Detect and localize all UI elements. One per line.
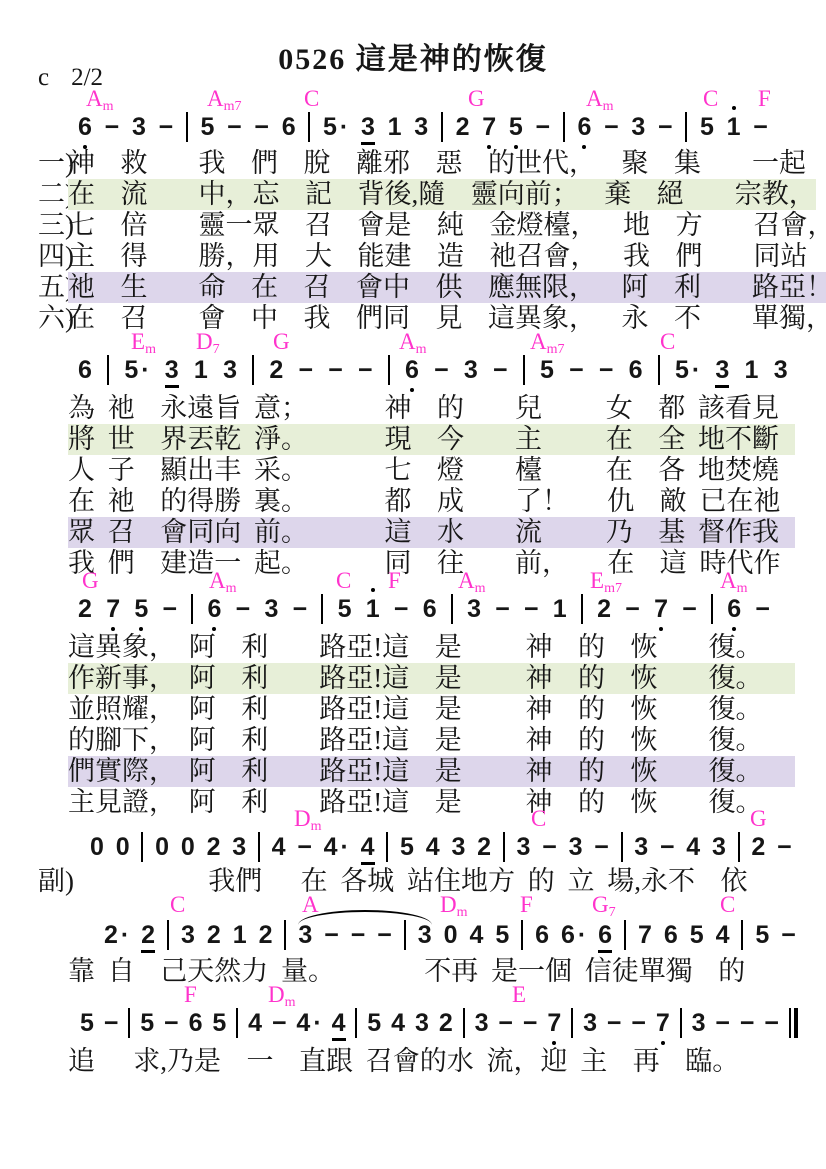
rest-note: 0 <box>181 832 195 862</box>
barline <box>521 920 523 950</box>
barline <box>308 112 310 142</box>
lyric-text: 人 子 顯出丰 采。 七 燈 檯 在 各 地焚燒 <box>68 455 779 486</box>
dash-extension: − <box>236 594 251 624</box>
note: 3 <box>475 1008 489 1038</box>
dash-extension: − <box>631 1008 646 1038</box>
note: 4 <box>332 1008 346 1041</box>
augmentation-dot: · <box>692 356 700 384</box>
barline <box>258 832 260 862</box>
dash-extension: − <box>297 832 312 862</box>
note: 5 <box>509 112 523 142</box>
barline <box>128 1008 130 1038</box>
note: 3 <box>569 832 583 862</box>
note: 6 <box>423 594 437 624</box>
barline <box>711 594 713 624</box>
note: 3 <box>361 112 375 145</box>
note: 5 <box>134 594 148 624</box>
note: 5 <box>495 920 509 950</box>
dash-extension: − <box>227 112 242 142</box>
note: 6 <box>664 920 678 950</box>
dash-extension: − <box>764 1008 779 1038</box>
note: 3 <box>583 1008 597 1038</box>
note: 1 <box>233 920 247 950</box>
notation-line-2: 65·3132−−−6−3−5−−65·313 <box>78 355 788 385</box>
dash-extension: − <box>755 594 770 624</box>
note: 3 <box>223 355 237 385</box>
augmentation-dot: · <box>141 356 149 384</box>
note: 5 <box>540 355 554 385</box>
chord-label: C <box>170 894 185 916</box>
lyric-text: 眾 召 會同向 前。 這 水 流 乃 基 督作我 <box>68 517 795 548</box>
barline <box>191 594 193 624</box>
barline <box>738 832 740 862</box>
rest-note: 0 <box>444 920 458 950</box>
note: 3 <box>232 832 246 862</box>
barline <box>621 832 623 862</box>
dash-extension: − <box>535 112 550 142</box>
note: 2 <box>207 832 221 862</box>
dash-extension: − <box>715 1008 730 1038</box>
rest-note: 0 <box>90 832 104 862</box>
note: 4 <box>686 832 700 862</box>
dash-extension: − <box>658 112 673 142</box>
chord-label: C <box>660 331 675 353</box>
barline <box>388 355 390 385</box>
note: 5· <box>124 355 149 385</box>
dash-extension: − <box>524 594 539 624</box>
note: 3 <box>181 920 195 950</box>
barline <box>685 112 687 142</box>
note: 5 <box>201 112 215 142</box>
note: 3 <box>634 832 648 862</box>
lyric-text: 們實際， 阿 利 路亞!這 是 神 的 恢 復。 <box>68 756 795 787</box>
note: 6 <box>189 1008 203 1038</box>
note: 6 <box>78 112 92 142</box>
note: 3 <box>165 355 179 388</box>
lyric-text: 追 求,乃是 一 直跟 召會的水 流，迎 主 再 臨。 <box>68 1046 739 1077</box>
final-barline <box>789 1008 798 1038</box>
note: 2 <box>456 112 470 142</box>
dash-extension: − <box>569 355 584 385</box>
barline <box>658 355 660 385</box>
dash-extension: − <box>293 594 308 624</box>
augmentation-dot: · <box>578 921 586 949</box>
lyric-text: 作新事， 阿 利 路亞!這 是 神 的 恢 復。 <box>68 663 795 694</box>
chord-label: G <box>82 570 99 592</box>
chord-label: A <box>302 894 319 916</box>
dash-extension: − <box>607 1008 622 1038</box>
barline <box>523 355 525 385</box>
dash-extension: − <box>254 112 269 142</box>
note: 3 <box>631 112 645 142</box>
rest-note: 0 <box>116 832 130 862</box>
note: 1 <box>366 594 380 624</box>
note: 2 <box>597 594 611 624</box>
note: 7 <box>656 1008 670 1038</box>
chord-label: G <box>273 331 290 353</box>
barline <box>563 112 565 142</box>
dash-extension: − <box>104 1008 119 1038</box>
notation-line-6: 5−5−654−4·454323−−73−−73−−− <box>80 1008 798 1038</box>
lyric-text: 並照耀， 阿 利 路亞!這 是 神 的 恢 復。 <box>68 694 763 725</box>
note: 6 <box>207 594 221 624</box>
dash-extension: − <box>660 832 675 862</box>
dash-extension: − <box>272 1008 287 1038</box>
barline <box>141 832 143 862</box>
barline <box>463 1008 465 1038</box>
lyric-text: 為 祂 永遠旨 意； 神 的 兒 女 都 該看見 <box>68 393 779 424</box>
note: 6 <box>577 112 591 142</box>
augmentation-dot: · <box>121 921 129 949</box>
note: 6 <box>78 355 92 385</box>
note: 4 <box>469 920 483 950</box>
notation-line-3: 275−6−3−51−63−−12−7−6− <box>78 594 770 624</box>
note: 2· <box>104 920 129 950</box>
note: 3 <box>415 1008 429 1038</box>
barline <box>236 1008 238 1038</box>
note: 2 <box>269 355 283 385</box>
note: 2 <box>259 920 273 950</box>
augmentation-dot: · <box>341 833 349 861</box>
note: 6 <box>535 920 549 950</box>
chord-line-1: AmAm7CGAmCF <box>0 88 826 112</box>
dash-extension: − <box>542 832 557 862</box>
augmentation-dot: · <box>340 113 348 141</box>
note: 7 <box>106 594 120 624</box>
notation-line-4: 0000234−4·454323−3−3−432− <box>90 832 792 862</box>
note: 7 <box>638 920 652 950</box>
note: 4· <box>296 1008 321 1038</box>
note: 5 <box>690 920 704 950</box>
note: 4· <box>324 832 349 862</box>
barline <box>581 594 583 624</box>
note: 2 <box>751 832 765 862</box>
note: 4 <box>391 1008 405 1038</box>
note: 3 <box>451 832 465 862</box>
note: 2 <box>207 920 221 950</box>
lyric-text: 在 祂 的得勝 裏。 都 成 了！ 仇 敵 已在祂 <box>68 486 781 517</box>
note: 1 <box>553 594 567 624</box>
chord-line-3: GAmCFAmEm7Am <box>0 570 826 594</box>
note: 4 <box>716 920 730 950</box>
dash-extension: − <box>682 594 697 624</box>
note: 6· <box>561 920 586 950</box>
barline <box>451 594 453 624</box>
note: 6 <box>727 594 741 624</box>
chord-label: E <box>512 984 526 1006</box>
chord-label: F <box>758 88 771 110</box>
rest-note: 0 <box>155 832 169 862</box>
notation-line-1: 6−3−5−−65·313275−6−3−51− <box>78 112 768 142</box>
note: 4 <box>248 1008 262 1038</box>
lyric-text: 靠 自 己天然力 量。 不再 是一個 信徒單獨 的 <box>68 956 745 987</box>
dash-extension: − <box>493 355 508 385</box>
chord-label: F <box>184 984 197 1006</box>
barline <box>571 1008 573 1038</box>
dash-extension: − <box>163 594 178 624</box>
note: 4 <box>426 832 440 862</box>
dash-extension: − <box>740 1008 755 1038</box>
dash-extension: − <box>594 832 609 862</box>
note: 5· <box>675 355 700 385</box>
note: 5 <box>367 1008 381 1038</box>
dash-extension: − <box>495 594 510 624</box>
lyric-text: 主 得 勝，用 大 能建 造 祂召會， 我 們 同站 <box>68 241 808 272</box>
barline <box>441 112 443 142</box>
dash-extension: − <box>298 355 313 385</box>
dash-extension: − <box>781 920 796 950</box>
note: 3 <box>715 355 729 388</box>
lyric-text: 祂 生 命 在 召 會中 供 應無限， 阿 利 路亞！ <box>68 272 826 303</box>
dash-extension: − <box>599 355 614 385</box>
note: 6 <box>629 355 643 385</box>
lyric-text: 這異象， 阿 利 路亞!這 是 神 的 恢 復。 <box>68 632 763 663</box>
hymn-sheet: 0526 這是神的恢復 c2/2 AmAm7CGAmCF6−3−5−−65·31… <box>0 0 826 1169</box>
dash-extension: − <box>394 594 409 624</box>
dash-extension: − <box>434 355 449 385</box>
chord-suffix: 7 <box>609 905 616 920</box>
note: 3 <box>264 594 278 624</box>
note: 5 <box>700 112 714 142</box>
note: 1 <box>388 112 402 142</box>
barline <box>624 920 626 950</box>
note: 6 <box>405 355 419 385</box>
dash-extension: − <box>777 832 792 862</box>
note: 3 <box>692 1008 706 1038</box>
barline <box>680 1008 682 1038</box>
dash-extension: − <box>625 594 640 624</box>
dash-extension: − <box>105 112 120 142</box>
chord-label: C <box>703 88 718 110</box>
chord-label: F <box>388 570 401 592</box>
note: 3 <box>464 355 478 385</box>
key-signature: c <box>38 64 49 91</box>
barline <box>284 920 286 950</box>
chord-label: G <box>468 88 485 110</box>
note: 6 <box>598 920 612 953</box>
lyric-text: 七 倍 靈一眾 召 會是 純 金燈檯， 地 方 召會， <box>68 210 826 241</box>
barline <box>107 355 109 385</box>
lyric-text: 將 世 界丟乾 淨。 現 今 主 在 全 地不斷 <box>68 424 795 455</box>
chord-line-2: EmD7GAmAm7C <box>0 331 826 355</box>
note: 3 <box>467 594 481 624</box>
note: 1 <box>727 112 741 142</box>
note: 5 <box>80 1008 94 1038</box>
chord-line-6: FDmE <box>0 984 826 1008</box>
note: 7 <box>547 1008 561 1038</box>
note: 5 <box>140 1008 154 1038</box>
note: 2 <box>78 594 92 624</box>
chord-line-4: DmCG <box>0 808 826 832</box>
barline <box>503 832 505 862</box>
dash-extension: − <box>753 112 768 142</box>
barline <box>167 920 169 950</box>
note: 1 <box>744 355 758 385</box>
note: 6 <box>282 112 296 142</box>
note: 1 <box>194 355 208 385</box>
chord-label: C <box>336 570 351 592</box>
note: 5 <box>755 920 769 950</box>
note: 5· <box>323 112 348 142</box>
barline <box>741 920 743 950</box>
lyric-text: 神 救 我 們 脫 離邪 惡 的世代， 聚 集 一起 <box>68 148 806 179</box>
barline <box>355 1008 357 1038</box>
chord-label: F <box>520 894 533 916</box>
notation-line-5: 2·232123−−−304566·676545− <box>104 920 796 950</box>
chord-suffix: m <box>457 905 468 920</box>
dash-extension: − <box>498 1008 513 1038</box>
note: 4 <box>361 832 375 865</box>
note: 2 <box>477 832 491 862</box>
chord-label: C <box>720 894 735 916</box>
note: 3 <box>712 832 726 862</box>
dash-extension: − <box>159 112 174 142</box>
chord-label: C <box>531 808 546 830</box>
note: 7 <box>654 594 668 624</box>
chord-label: G <box>750 808 767 830</box>
augmentation-dot: · <box>313 1009 321 1037</box>
note: 3 <box>774 355 788 385</box>
note: 7 <box>482 112 496 142</box>
note: 3 <box>414 112 428 142</box>
hymn-title: 0526 這是神的恢復 <box>0 34 826 78</box>
note: 2 <box>439 1008 453 1038</box>
note: 3 <box>132 112 146 142</box>
dash-extension: − <box>164 1008 179 1038</box>
note: 5 <box>338 594 352 624</box>
barline <box>321 594 323 624</box>
dash-extension: − <box>358 355 373 385</box>
dash-extension: − <box>523 1008 538 1038</box>
barline <box>186 112 188 142</box>
note: 5 <box>400 832 414 862</box>
note: 2 <box>141 920 155 953</box>
note: 5 <box>212 1008 226 1038</box>
chord-label: C <box>304 88 319 110</box>
note: 4 <box>272 832 286 862</box>
barline <box>252 355 254 385</box>
dash-extension: − <box>604 112 619 142</box>
lyric-text: 在 流 中，忘 記 背後,隨 靈向前； 棄 絕 宗教， <box>68 179 816 210</box>
dash-extension: − <box>328 355 343 385</box>
note: 3 <box>517 832 531 862</box>
lyric-text: 在 召 會 中 我 們同 見 這異象， 永 不 單獨， <box>68 303 826 334</box>
lyric-text: 的腳下， 阿 利 路亞!這 是 神 的 恢 復。 <box>68 725 763 756</box>
barline <box>386 832 388 862</box>
